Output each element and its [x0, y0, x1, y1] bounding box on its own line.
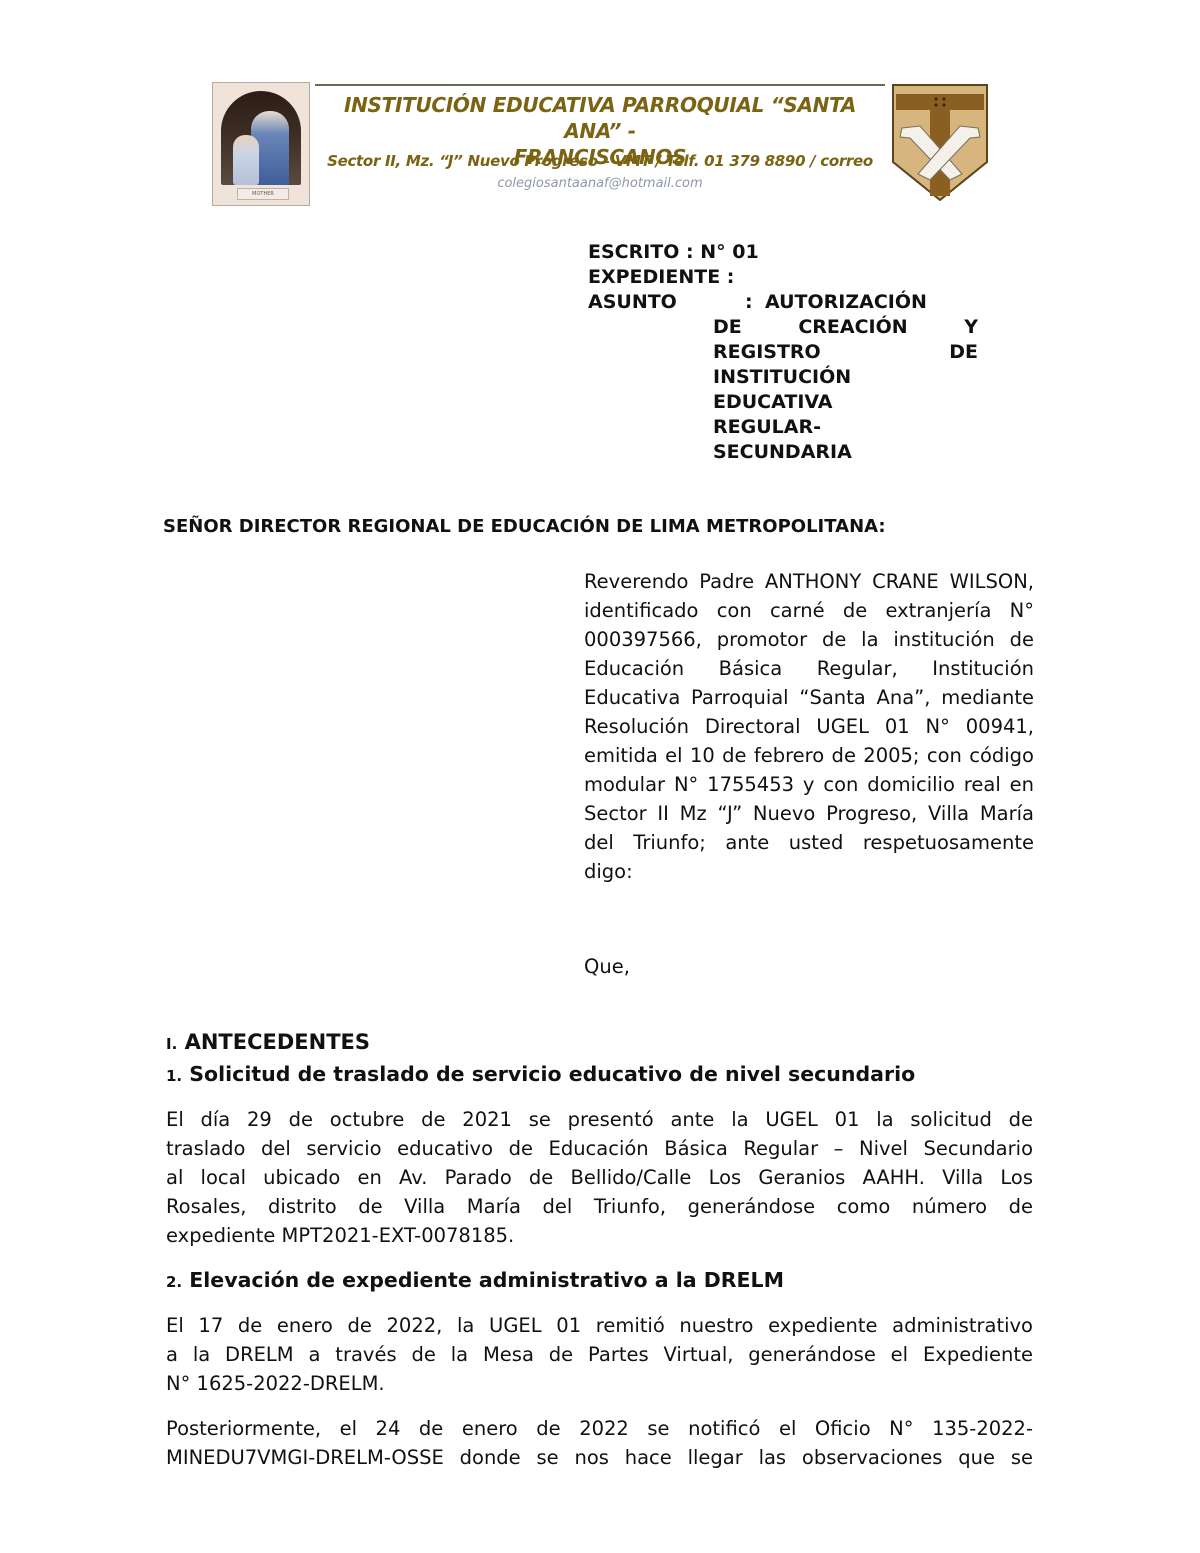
paragraph-line: Posteriormente, el 24 de enero de 2022 s… — [166, 1414, 1033, 1443]
madonna-and-child-image: MOTHER — [212, 82, 310, 206]
paragraph: Posteriormente, el 24 de enero de 2022 s… — [166, 1414, 1033, 1472]
asunto-line: AUTORIZACIÓN — [765, 290, 927, 315]
expediente-row: EXPEDIENTE : — [588, 265, 978, 290]
paragraph-line: Rosales, distrito de Villa María del Tri… — [166, 1192, 1033, 1221]
escrito-row: ESCRITO : N° 01 — [588, 240, 978, 265]
asunto-label: ASUNTO — [588, 290, 743, 315]
expediente-label: EXPEDIENTE : — [588, 265, 734, 290]
institution-address: Sector II, Mz. “J” Nuevo Progreso – VMT … — [320, 152, 880, 170]
institution-name-line1: INSTITUCIÓN EDUCATIVA PARROQUIAL “SANTA … — [320, 92, 880, 144]
paragraph-line: N° 1625-2022-DRELM. — [166, 1369, 1033, 1398]
asunto-line: INSTITUCIÓN — [713, 365, 978, 390]
franciscan-shield-icon — [890, 82, 990, 202]
letterhead: MOTHER INSTITUCIÓN EDUCATIVA PARROQUIAL … — [205, 78, 1045, 213]
subsection-heading: 1. Solicitud de traslado de servicio edu… — [166, 1062, 915, 1086]
asunto-text: DE CREACIÓN Y REGISTRO DE INSTITUCIÓN ED… — [713, 315, 978, 465]
asunto-colon: : — [745, 290, 753, 315]
intro-paragraph: Reverendo Padre ANTHONY CRANE WILSON, id… — [584, 567, 1034, 886]
section-title: ANTECEDENTES — [185, 1030, 370, 1054]
document-header: ESCRITO : N° 01 EXPEDIENTE : ASUNTO : AU… — [588, 240, 978, 315]
escrito-label: ESCRITO — [588, 240, 679, 265]
paragraph-line: El día 29 de octubre de 2021 se presentó… — [166, 1105, 1033, 1134]
paragraph-line: a la DRELM a través de la Mesa de Partes… — [166, 1340, 1033, 1369]
que-text: Que, — [584, 955, 630, 978]
paragraph-line: al local ubicado en Av. Parado de Bellid… — [166, 1163, 1033, 1192]
section-number: I. — [166, 1035, 177, 1053]
escrito-value: : N° 01 — [686, 241, 759, 263]
subsection-number: 2. — [166, 1273, 182, 1291]
letterhead-rule — [315, 84, 885, 86]
asunto-line: REGISTRO DE — [713, 340, 978, 365]
asunto-line: DE CREACIÓN Y — [713, 315, 978, 340]
paragraph: El día 29 de octubre de 2021 se presentó… — [166, 1105, 1033, 1250]
image-frame — [221, 91, 301, 185]
paragraph-line: traslado del servicio educativo de Educa… — [166, 1134, 1033, 1163]
asunto-line: EDUCATIVA — [713, 390, 978, 415]
asunto-line: REGULAR- — [713, 415, 978, 440]
asunto-line: SECUNDARIA — [713, 440, 978, 465]
child-figure — [233, 135, 259, 185]
subsection-number: 1. — [166, 1067, 182, 1085]
image-caption: MOTHER — [237, 188, 289, 200]
paragraph-line: El 17 de enero de 2022, la UGEL 01 remit… — [166, 1311, 1033, 1340]
paragraph-line: expediente MPT2021-EXT-0078185. — [166, 1221, 1033, 1250]
section-heading: I. ANTECEDENTES — [166, 1030, 370, 1054]
institution-email: colegiosantaanaf@hotmail.com — [320, 176, 880, 191]
subsection-heading: 2. Elevación de expediente administrativ… — [166, 1268, 784, 1292]
paragraph: El 17 de enero de 2022, la UGEL 01 remit… — [166, 1311, 1033, 1398]
salutation: SEÑOR DIRECTOR REGIONAL DE EDUCACIÓN DE … — [163, 516, 886, 537]
paragraph-line: MINEDU7VMGI-DRELM-OSSE donde se nos hace… — [166, 1443, 1033, 1472]
subsection-title: Elevación de expediente administrativo a… — [189, 1268, 784, 1292]
subsection-title: Solicitud de traslado de servicio educat… — [189, 1062, 915, 1086]
